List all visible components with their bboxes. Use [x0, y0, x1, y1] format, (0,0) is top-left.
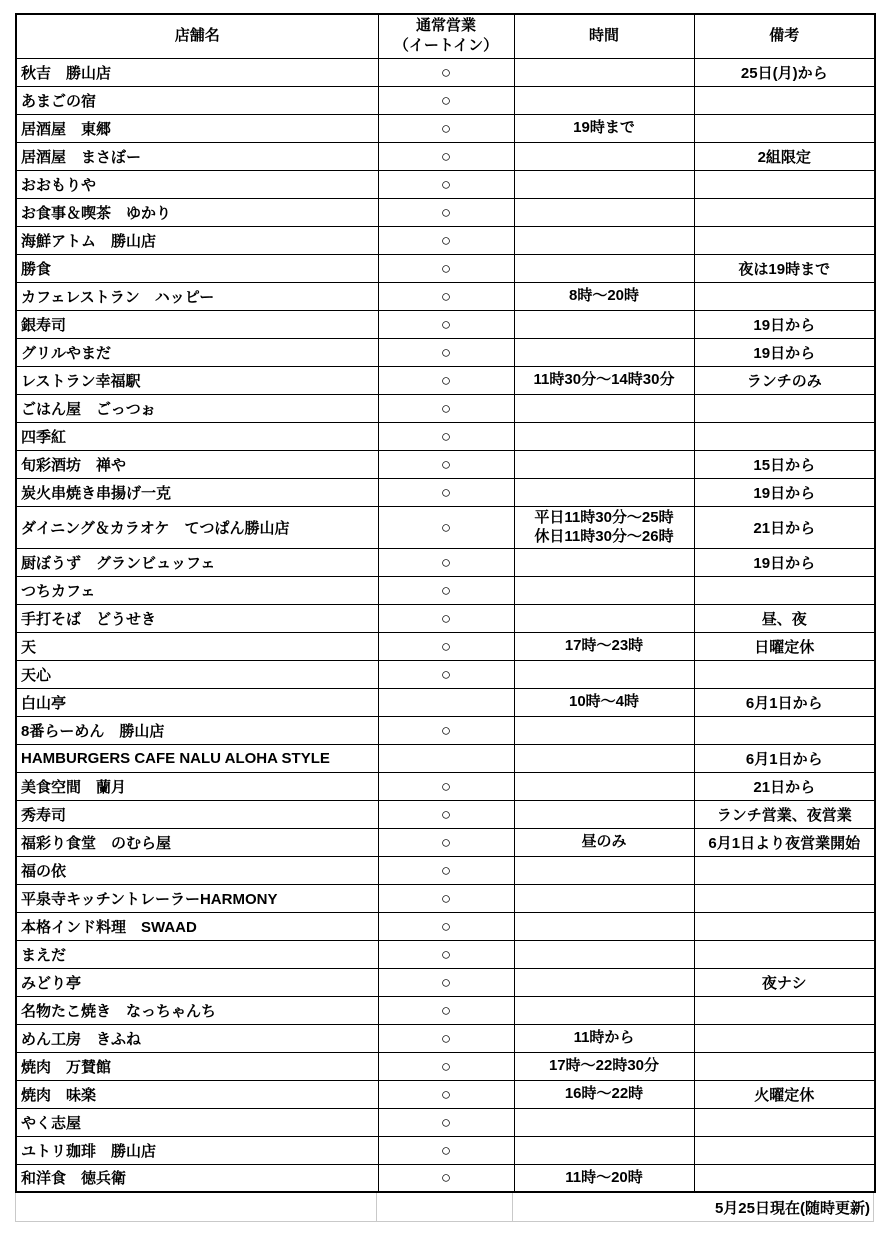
store-name-cell: 平泉寺キッチントレーラーHARMONY — [16, 884, 378, 912]
eat-in-cell: ○ — [378, 310, 514, 338]
note-cell: ランチ営業、夜営業 — [694, 800, 875, 828]
table-row: カフェレストラン ハッピー○8時～20時 — [16, 282, 875, 310]
table-row: 秋吉 勝山店○25日(月)から — [16, 58, 875, 86]
table-row: お食事＆喫茶 ゆかり○ — [16, 198, 875, 226]
eat-in-cell: ○ — [378, 282, 514, 310]
note-cell: 夜は19時まで — [694, 254, 875, 282]
store-name-cell: 美食空間 蘭月 — [16, 772, 378, 800]
time-cell — [514, 800, 694, 828]
store-name-cell: HAMBURGERS CAFE NALU ALOHA STYLE — [16, 744, 378, 772]
time-cell: 17時～23時 — [514, 632, 694, 660]
store-name-cell: あまごの宿 — [16, 86, 378, 114]
restaurant-table: 店舗名 通常営業 （イートイン） 時間 備考 秋吉 勝山店○25日(月)からあま… — [15, 13, 876, 1193]
time-cell — [514, 772, 694, 800]
table-row: 秀寿司○ランチ営業、夜営業 — [16, 800, 875, 828]
store-name-cell: 本格インド料理 SWAAD — [16, 912, 378, 940]
table-row: 居酒屋 東郷○19時まで — [16, 114, 875, 142]
time-cell: 19時まで — [514, 114, 694, 142]
note-cell: 日曜定休 — [694, 632, 875, 660]
col-header-eat-in: 通常営業 （イートイン） — [378, 14, 514, 58]
table-row: ダイニング＆カラオケ てつぱん勝山店○平日11時30分～25時 休日11時30分… — [16, 506, 875, 548]
time-cell — [514, 940, 694, 968]
table-row: HAMBURGERS CAFE NALU ALOHA STYLE6月1日から — [16, 744, 875, 772]
eat-in-cell: ○ — [378, 548, 514, 576]
store-name-cell: カフェレストラン ハッピー — [16, 282, 378, 310]
eat-in-cell: ○ — [378, 422, 514, 450]
time-cell — [514, 226, 694, 254]
store-name-cell: 天心 — [16, 660, 378, 688]
time-cell — [514, 254, 694, 282]
store-name-cell: 焼肉 万賛館 — [16, 1052, 378, 1080]
table-row: 手打そば どうせき○昼、夜 — [16, 604, 875, 632]
eat-in-cell: ○ — [378, 968, 514, 996]
store-name-cell: やく志屋 — [16, 1108, 378, 1136]
col-header-store-name: 店舗名 — [16, 14, 378, 58]
time-cell: 11時から — [514, 1024, 694, 1052]
eat-in-cell: ○ — [378, 198, 514, 226]
time-cell — [514, 142, 694, 170]
time-cell — [514, 58, 694, 86]
eat-in-cell: ○ — [378, 170, 514, 198]
col-header-notes: 備考 — [694, 14, 875, 58]
note-cell: ランチのみ — [694, 366, 875, 394]
eat-in-cell: ○ — [378, 828, 514, 856]
note-cell: 19日から — [694, 310, 875, 338]
time-cell — [514, 478, 694, 506]
note-cell: 19日から — [694, 548, 875, 576]
note-cell: 6月1日より夜営業開始 — [694, 828, 875, 856]
store-name-cell: おおもりや — [16, 170, 378, 198]
eat-in-cell — [378, 688, 514, 716]
table-row: ごはん屋 ごっつぉ○ — [16, 394, 875, 422]
time-cell — [514, 170, 694, 198]
eat-in-cell: ○ — [378, 1080, 514, 1108]
time-cell — [514, 548, 694, 576]
store-name-cell: 海鮮アトム 勝山店 — [16, 226, 378, 254]
note-cell — [694, 198, 875, 226]
table-row: グリルやまだ○19日から — [16, 338, 875, 366]
note-cell: 6月1日から — [694, 688, 875, 716]
note-cell — [694, 660, 875, 688]
eat-in-cell: ○ — [378, 506, 514, 548]
note-cell — [694, 422, 875, 450]
note-cell — [694, 716, 875, 744]
table-row: 勝食○夜は19時まで — [16, 254, 875, 282]
note-cell: 19日から — [694, 338, 875, 366]
time-cell — [514, 660, 694, 688]
footer-empty-cell — [377, 1193, 513, 1222]
table-row: 焼肉 味楽○16時～22時火曜定休 — [16, 1080, 875, 1108]
note-cell: 6月1日から — [694, 744, 875, 772]
time-cell — [514, 604, 694, 632]
footer-row: 5月25日現在(随時更新) — [15, 1193, 874, 1222]
store-name-cell: 8番らーめん 勝山店 — [16, 716, 378, 744]
table-row: 福の依○ — [16, 856, 875, 884]
time-cell: 16時～22時 — [514, 1080, 694, 1108]
table-row: 厨ぼうず グランビュッフェ○19日から — [16, 548, 875, 576]
time-cell — [514, 450, 694, 478]
eat-in-cell: ○ — [378, 1052, 514, 1080]
table-row: あまごの宿○ — [16, 86, 875, 114]
store-name-cell: みどり亭 — [16, 968, 378, 996]
table-row: 8番らーめん 勝山店○ — [16, 716, 875, 744]
store-name-cell: 秀寿司 — [16, 800, 378, 828]
table-row: 和洋食 徳兵衛○11時～20時 — [16, 1164, 875, 1192]
table-row: レストラン幸福駅○11時30分～14時30分ランチのみ — [16, 366, 875, 394]
eat-in-cell: ○ — [378, 366, 514, 394]
store-name-cell: 福の依 — [16, 856, 378, 884]
time-cell — [514, 996, 694, 1024]
eat-in-cell: ○ — [378, 940, 514, 968]
note-cell — [694, 1164, 875, 1192]
store-name-cell: 旬彩酒坊 禅や — [16, 450, 378, 478]
table-row: 炭火串焼き串揚げ一克○19日から — [16, 478, 875, 506]
note-cell: 15日から — [694, 450, 875, 478]
store-name-cell: ごはん屋 ごっつぉ — [16, 394, 378, 422]
eat-in-cell: ○ — [378, 604, 514, 632]
table-row: 福彩り食堂 のむら屋○昼のみ6月1日より夜営業開始 — [16, 828, 875, 856]
header-row: 店舗名 通常営業 （イートイン） 時間 備考 — [16, 14, 875, 58]
note-cell: 19日から — [694, 478, 875, 506]
eat-in-cell: ○ — [378, 996, 514, 1024]
store-name-cell: めん工房 きふね — [16, 1024, 378, 1052]
time-cell — [514, 310, 694, 338]
eat-in-cell: ○ — [378, 1136, 514, 1164]
note-cell — [694, 114, 875, 142]
store-name-cell: 銀寿司 — [16, 310, 378, 338]
eat-in-cell: ○ — [378, 1108, 514, 1136]
time-cell — [514, 744, 694, 772]
table-row: 旬彩酒坊 禅や○15日から — [16, 450, 875, 478]
eat-in-cell: ○ — [378, 1024, 514, 1052]
eat-in-cell: ○ — [378, 338, 514, 366]
note-cell: 21日から — [694, 506, 875, 548]
eat-in-cell: ○ — [378, 254, 514, 282]
time-cell — [514, 968, 694, 996]
table-row: 本格インド料理 SWAAD○ — [16, 912, 875, 940]
table-row: つちカフェ○ — [16, 576, 875, 604]
time-cell — [514, 576, 694, 604]
note-cell — [694, 856, 875, 884]
table-row: 海鮮アトム 勝山店○ — [16, 226, 875, 254]
time-cell: 昼のみ — [514, 828, 694, 856]
note-cell: 昼、夜 — [694, 604, 875, 632]
table-row: 天○17時～23時日曜定休 — [16, 632, 875, 660]
table-row: めん工房 きふね○11時から — [16, 1024, 875, 1052]
store-name-cell: 天 — [16, 632, 378, 660]
note-cell — [694, 884, 875, 912]
time-cell: 17時～22時30分 — [514, 1052, 694, 1080]
note-cell — [694, 170, 875, 198]
table-row: 天心○ — [16, 660, 875, 688]
store-name-cell: 白山亭 — [16, 688, 378, 716]
update-date-note: 5月25日現在(随時更新) — [513, 1193, 874, 1222]
store-name-cell: 居酒屋 東郷 — [16, 114, 378, 142]
time-cell — [514, 86, 694, 114]
eat-in-cell: ○ — [378, 394, 514, 422]
note-cell — [694, 576, 875, 604]
note-cell: 25日(月)から — [694, 58, 875, 86]
eat-in-cell: ○ — [378, 450, 514, 478]
eat-in-cell: ○ — [378, 226, 514, 254]
table-row: やく志屋○ — [16, 1108, 875, 1136]
store-name-cell: ユトリ珈琲 勝山店 — [16, 1136, 378, 1164]
note-cell — [694, 912, 875, 940]
table-row: ユトリ珈琲 勝山店○ — [16, 1136, 875, 1164]
eat-in-cell: ○ — [378, 632, 514, 660]
eat-in-cell: ○ — [378, 800, 514, 828]
eat-in-cell: ○ — [378, 478, 514, 506]
store-name-cell: 厨ぼうず グランビュッフェ — [16, 548, 378, 576]
time-cell — [514, 338, 694, 366]
eat-in-cell: ○ — [378, 86, 514, 114]
time-cell — [514, 716, 694, 744]
eat-in-cell: ○ — [378, 142, 514, 170]
table-row: 平泉寺キッチントレーラーHARMONY○ — [16, 884, 875, 912]
table-row: 名物たこ焼き なっちゃんち○ — [16, 996, 875, 1024]
time-cell — [514, 1108, 694, 1136]
footer-empty-cell — [15, 1193, 377, 1222]
store-name-cell: まえだ — [16, 940, 378, 968]
time-cell: 11時30分～14時30分 — [514, 366, 694, 394]
eat-in-cell: ○ — [378, 912, 514, 940]
time-cell: 11時～20時 — [514, 1164, 694, 1192]
store-name-cell: ダイニング＆カラオケ てつぱん勝山店 — [16, 506, 378, 548]
note-cell — [694, 394, 875, 422]
note-cell — [694, 1024, 875, 1052]
store-name-cell: 名物たこ焼き なっちゃんち — [16, 996, 378, 1024]
store-name-cell: 勝食 — [16, 254, 378, 282]
note-cell — [694, 940, 875, 968]
eat-in-cell: ○ — [378, 884, 514, 912]
note-cell — [694, 86, 875, 114]
eat-in-cell: ○ — [378, 58, 514, 86]
spreadsheet-page: 店舗名 通常営業 （イートイン） 時間 備考 秋吉 勝山店○25日(月)からあま… — [0, 0, 889, 1222]
store-name-cell: 手打そば どうせき — [16, 604, 378, 632]
eat-in-cell — [378, 744, 514, 772]
eat-in-cell: ○ — [378, 114, 514, 142]
table-row: 焼肉 万賛館○17時～22時30分 — [16, 1052, 875, 1080]
note-cell — [694, 1136, 875, 1164]
store-name-cell: 福彩り食堂 のむら屋 — [16, 828, 378, 856]
store-name-cell: グリルやまだ — [16, 338, 378, 366]
table-row: 白山亭10時～4時6月1日から — [16, 688, 875, 716]
store-name-cell: 秋吉 勝山店 — [16, 58, 378, 86]
time-cell — [514, 1136, 694, 1164]
time-cell: 10時～4時 — [514, 688, 694, 716]
time-cell — [514, 394, 694, 422]
table-body: 秋吉 勝山店○25日(月)からあまごの宿○居酒屋 東郷○19時まで居酒屋 まさぼ… — [16, 58, 875, 1192]
table-row: 居酒屋 まさぼー○2組限定 — [16, 142, 875, 170]
eat-in-cell: ○ — [378, 576, 514, 604]
eat-in-cell: ○ — [378, 856, 514, 884]
note-cell — [694, 1108, 875, 1136]
time-cell — [514, 422, 694, 450]
store-name-cell: 四季紅 — [16, 422, 378, 450]
store-name-cell: お食事＆喫茶 ゆかり — [16, 198, 378, 226]
time-cell: 8時～20時 — [514, 282, 694, 310]
store-name-cell: 和洋食 徳兵衛 — [16, 1164, 378, 1192]
table-row: 美食空間 蘭月○21日から — [16, 772, 875, 800]
note-cell: 火曜定休 — [694, 1080, 875, 1108]
time-cell — [514, 884, 694, 912]
note-cell: 2組限定 — [694, 142, 875, 170]
note-cell: 21日から — [694, 772, 875, 800]
note-cell — [694, 226, 875, 254]
time-cell — [514, 912, 694, 940]
eat-in-cell: ○ — [378, 716, 514, 744]
note-cell — [694, 282, 875, 310]
time-cell — [514, 198, 694, 226]
col-header-hours: 時間 — [514, 14, 694, 58]
eat-in-cell: ○ — [378, 772, 514, 800]
note-cell: 夜ナシ — [694, 968, 875, 996]
table-row: みどり亭○夜ナシ — [16, 968, 875, 996]
table-row: 銀寿司○19日から — [16, 310, 875, 338]
table-row: まえだ○ — [16, 940, 875, 968]
time-cell — [514, 856, 694, 884]
table-row: おおもりや○ — [16, 170, 875, 198]
note-cell — [694, 996, 875, 1024]
table-row: 四季紅○ — [16, 422, 875, 450]
store-name-cell: 焼肉 味楽 — [16, 1080, 378, 1108]
note-cell — [694, 1052, 875, 1080]
store-name-cell: つちカフェ — [16, 576, 378, 604]
time-cell: 平日11時30分～25時 休日11時30分～26時 — [514, 506, 694, 548]
eat-in-cell: ○ — [378, 660, 514, 688]
store-name-cell: 居酒屋 まさぼー — [16, 142, 378, 170]
store-name-cell: 炭火串焼き串揚げ一克 — [16, 478, 378, 506]
store-name-cell: レストラン幸福駅 — [16, 366, 378, 394]
eat-in-cell: ○ — [378, 1164, 514, 1192]
